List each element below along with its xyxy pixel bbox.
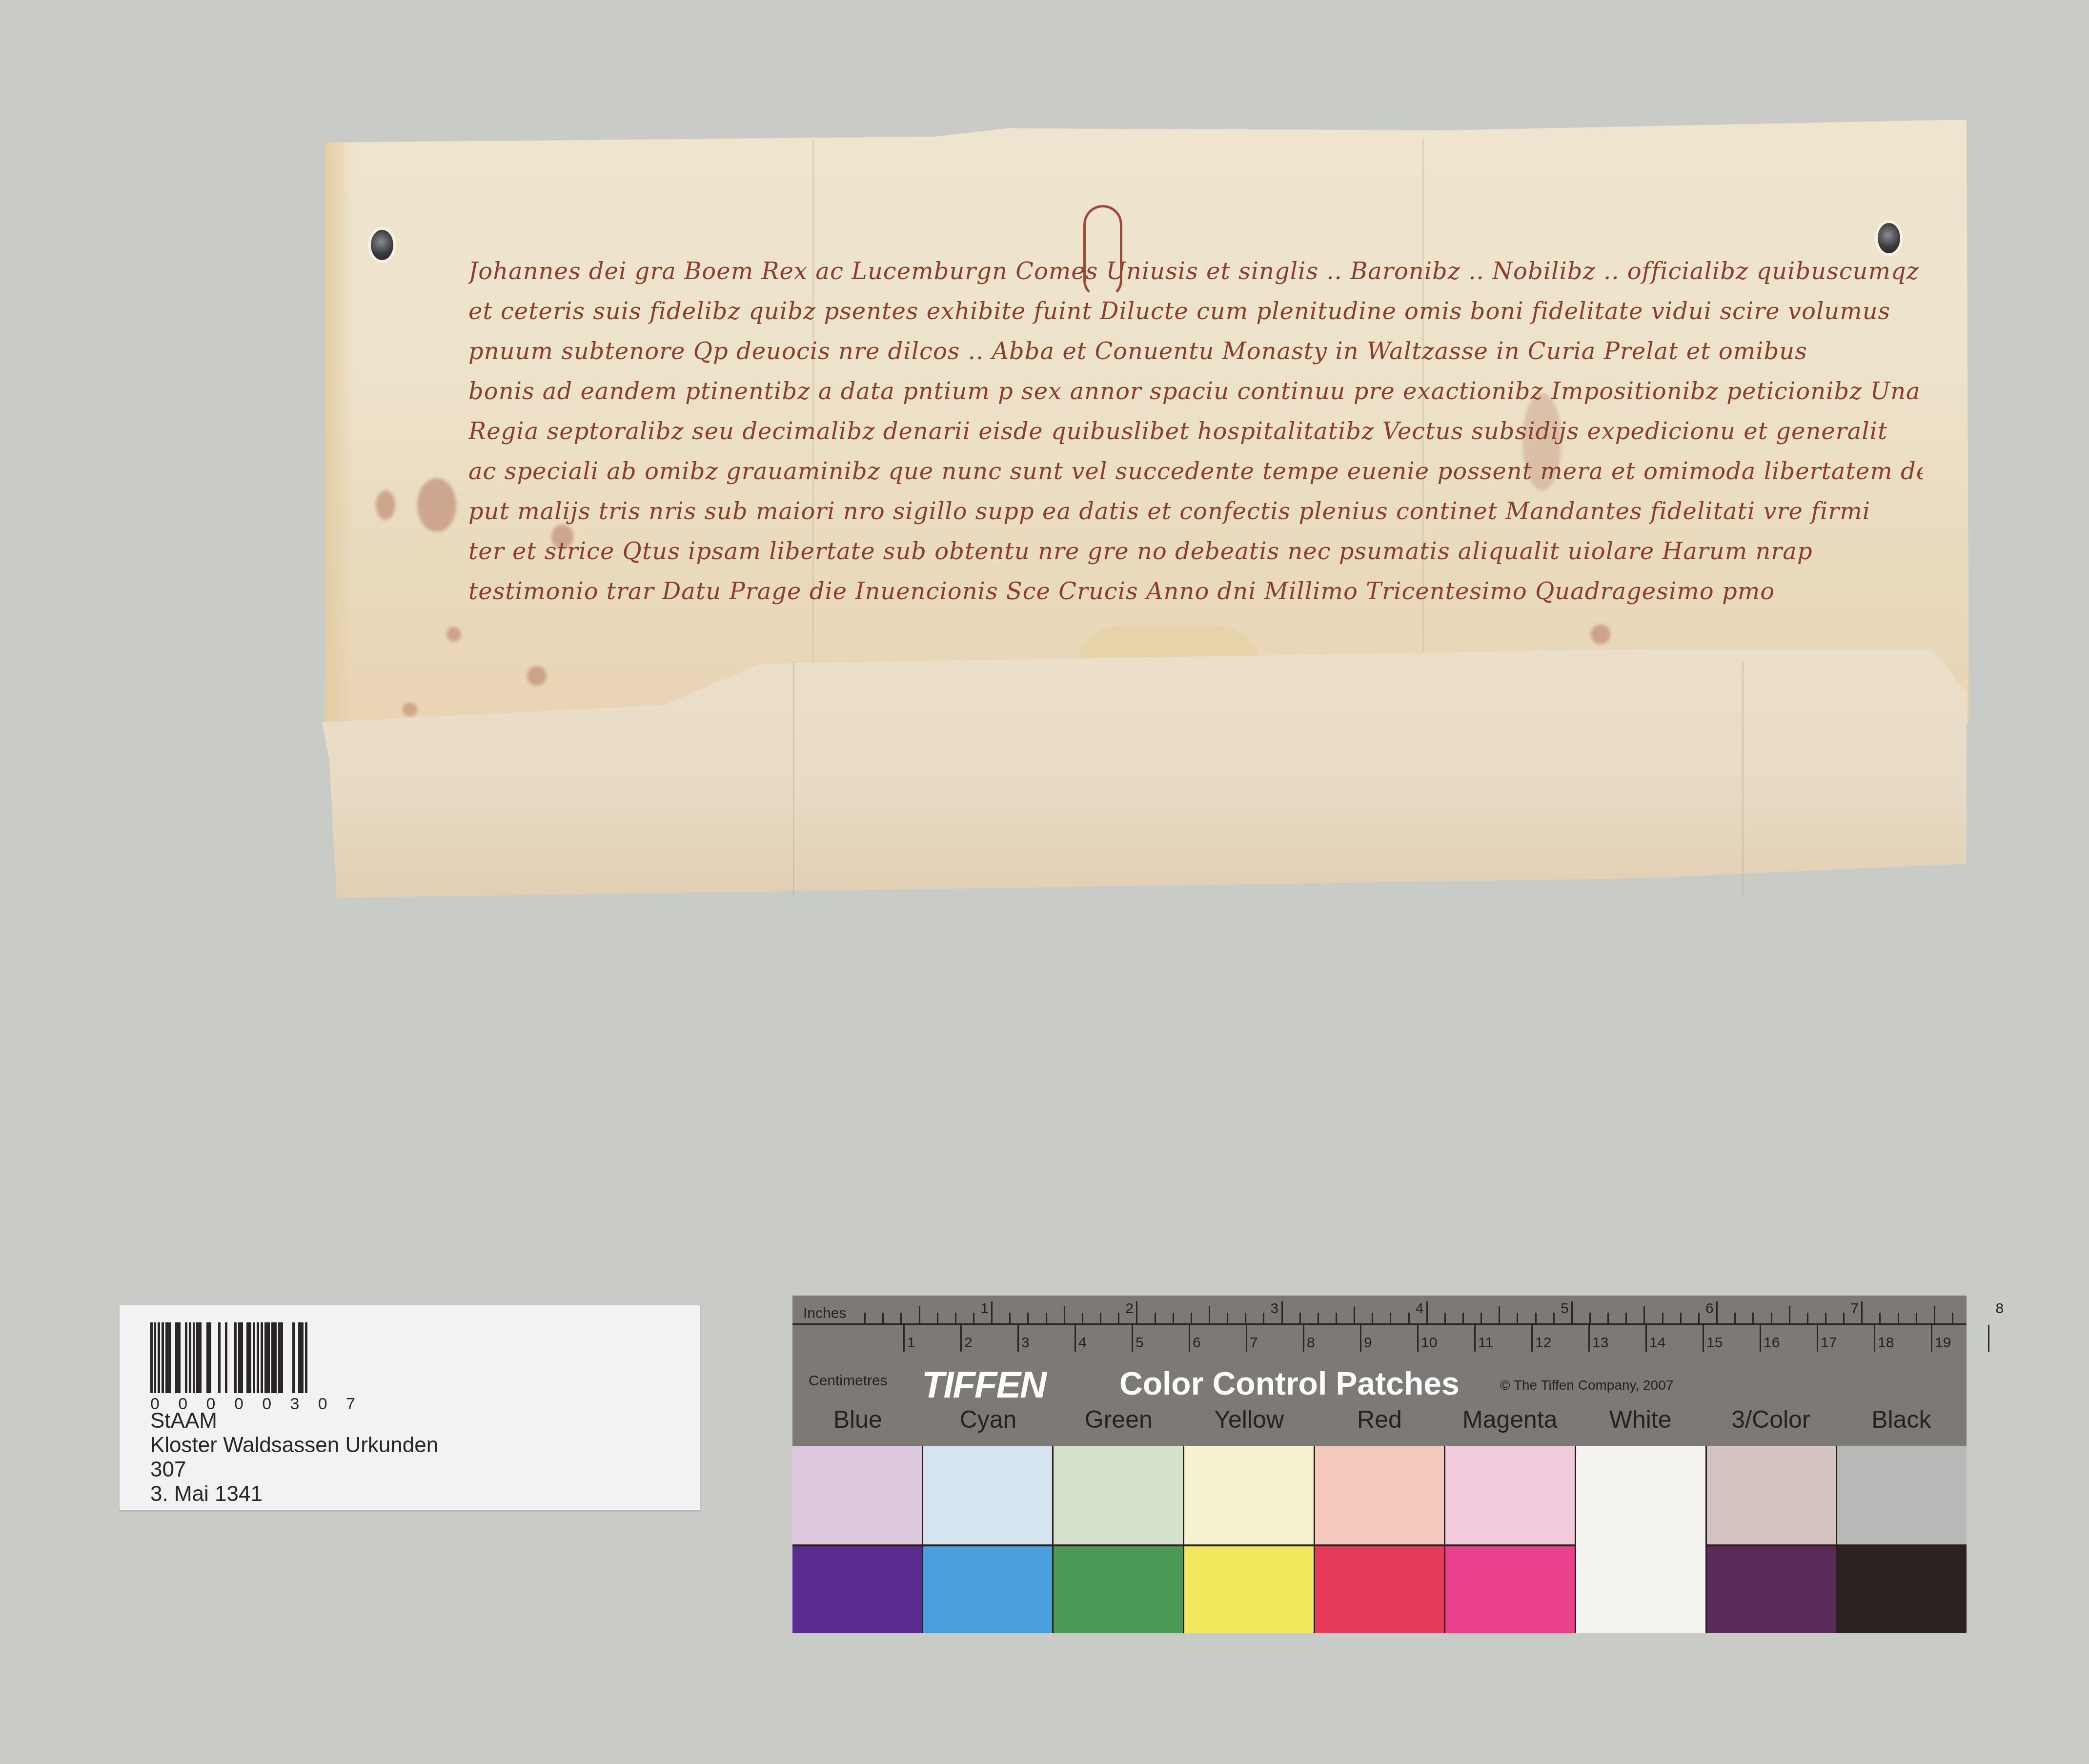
cm-mark: 5 <box>1136 1335 1144 1351</box>
stain <box>417 478 456 532</box>
copyright-text: © The Tiffen Company, 2007 <box>1500 1378 1673 1393</box>
patch-column-3-color <box>1707 1446 1838 1633</box>
cm-tick <box>1531 1325 1533 1352</box>
patch-light <box>1315 1446 1444 1546</box>
cm-mark: 16 <box>1764 1335 1780 1351</box>
patch-label: Magenta <box>1445 1405 1575 1434</box>
cm-mark: 2 <box>964 1335 973 1351</box>
patch-label: Yellow <box>1184 1405 1314 1434</box>
barcode-bar <box>278 1322 284 1393</box>
stain <box>446 627 461 642</box>
patch-column-yellow <box>1184 1446 1315 1633</box>
barcode-bar <box>238 1322 243 1393</box>
barcode-space <box>227 1322 234 1393</box>
cm-mark: 6 <box>1193 1335 1201 1351</box>
tiffen-color-card: Inches 123456781234567891011121314151617… <box>792 1296 1967 1633</box>
patch-column-red <box>1315 1446 1446 1633</box>
inch-mark: 6 <box>1705 1300 1714 1317</box>
patch-light <box>1184 1446 1314 1546</box>
inch-tick <box>1898 1313 1899 1323</box>
inch-tick <box>1607 1313 1609 1323</box>
inch-tick <box>1535 1313 1537 1323</box>
stain <box>376 490 395 520</box>
cm-mark: 11 <box>1478 1335 1493 1351</box>
inch-tick <box>1336 1313 1337 1323</box>
document-date: 3. Mai 1341 <box>150 1482 438 1506</box>
script-line: testimonio trar Datu Prage die Inuencion… <box>468 571 1923 611</box>
inch-tick <box>1408 1313 1410 1323</box>
inch-tick <box>1100 1313 1101 1323</box>
cm-tick <box>1817 1325 1818 1352</box>
patch-labels: BlueCyanGreenYellowRedMagentaWhite3/Colo… <box>792 1405 1967 1434</box>
barcode-bar <box>196 1322 202 1393</box>
inch-tick <box>1462 1313 1464 1323</box>
barcode-space <box>221 1322 225 1393</box>
script-line: bonis ad eandem ptinentibz a data pntium… <box>468 371 1923 411</box>
patch-label: Green <box>1054 1405 1184 1434</box>
cm-mark: 12 <box>1535 1335 1551 1351</box>
barcode-space <box>202 1322 206 1393</box>
patch-light <box>1445 1446 1575 1546</box>
patch-dark <box>1445 1546 1575 1633</box>
cm-mark: 1 <box>907 1335 915 1351</box>
barcode-bar <box>246 1322 252 1393</box>
color-patches <box>792 1446 1967 1633</box>
inch-tick <box>1789 1306 1790 1323</box>
patch-light <box>923 1446 1053 1546</box>
cm-tick <box>1360 1325 1361 1352</box>
patch-label: Black <box>1836 1405 1967 1434</box>
inch-tick <box>1155 1313 1156 1323</box>
inch-tick <box>1227 1313 1228 1323</box>
cm-tick <box>1246 1325 1247 1352</box>
inch-tick <box>1299 1313 1301 1323</box>
inch-tick <box>1191 1313 1192 1323</box>
stain <box>527 666 547 686</box>
inch-tick <box>1209 1306 1210 1323</box>
inch-tick <box>864 1313 866 1323</box>
cm-tick <box>1931 1325 1932 1352</box>
cm-tick <box>1645 1325 1647 1352</box>
script-line: put malijs tris nris sub maiori nro sigi… <box>468 491 1923 531</box>
patch-column-cyan <box>923 1446 1054 1633</box>
inch-mark: 2 <box>1125 1300 1134 1317</box>
inch-tick <box>1752 1313 1754 1323</box>
patch-column-blue <box>792 1446 923 1633</box>
inch-tick <box>1825 1313 1826 1323</box>
inch-tick <box>1245 1313 1246 1323</box>
inch-tick <box>1861 1301 1863 1323</box>
inch-tick <box>1625 1313 1627 1323</box>
cm-tick <box>1075 1325 1076 1352</box>
inch-tick <box>1173 1313 1174 1323</box>
inch-tick <box>991 1301 993 1323</box>
inch-tick <box>1589 1313 1591 1323</box>
inch-tick <box>1643 1306 1645 1323</box>
patch-light <box>1837 1446 1967 1546</box>
inch-tick <box>1571 1301 1573 1323</box>
script-line: Regia septoralibz seu decimalibz denarii… <box>468 411 1923 451</box>
cm-tick <box>960 1325 962 1352</box>
inch-tick <box>1916 1313 1917 1323</box>
inch-tick <box>1318 1313 1319 1323</box>
patch-dark <box>1054 1546 1183 1633</box>
cm-tick <box>1132 1325 1133 1352</box>
barcode-bar <box>305 1322 307 1393</box>
inch-tick <box>1372 1313 1373 1323</box>
stain <box>1591 625 1610 644</box>
inch-tick <box>1064 1306 1065 1323</box>
cm-tick <box>1474 1325 1476 1352</box>
barcode-bar <box>271 1322 277 1393</box>
patch-dark <box>1184 1546 1314 1633</box>
inch-tick <box>1879 1313 1881 1323</box>
card-title: Color Control Patches <box>1119 1365 1460 1402</box>
cm-tick <box>903 1325 905 1352</box>
patch-light <box>1707 1446 1836 1546</box>
patch-label: White <box>1575 1405 1705 1434</box>
inch-tick <box>1698 1313 1700 1323</box>
document-number: 307 <box>150 1458 438 1482</box>
archive-name: StAAM <box>150 1409 438 1433</box>
inch-tick <box>1843 1313 1845 1323</box>
cm-tick <box>1874 1325 1875 1352</box>
cm-tick <box>1189 1325 1190 1352</box>
inch-tick <box>1426 1301 1428 1323</box>
mounting-rivet-right <box>1878 223 1900 253</box>
cm-mark: 3 <box>1021 1335 1030 1351</box>
inch-mark: 1 <box>980 1300 989 1317</box>
cm-mark: 9 <box>1364 1335 1372 1351</box>
cm-tick <box>1760 1325 1761 1352</box>
barcode-bar <box>298 1322 304 1393</box>
inch-mark: 7 <box>1850 1300 1859 1317</box>
inch-tick <box>900 1313 902 1323</box>
patch-label: Red <box>1314 1405 1444 1434</box>
flap-crease <box>1742 661 1744 895</box>
barcode-space <box>171 1322 175 1393</box>
stain <box>403 703 417 716</box>
barcode-bar <box>206 1322 212 1393</box>
cm-tick <box>1417 1325 1419 1352</box>
parchment-charter: Johannes dei gra Boem Rex ac Lucemburgn … <box>322 120 1969 900</box>
inch-tick <box>1952 1313 1953 1323</box>
cm-mark: 17 <box>1821 1335 1837 1351</box>
patch-light <box>792 1446 922 1546</box>
inch-tick <box>1807 1313 1808 1323</box>
patch-light <box>1054 1446 1183 1546</box>
cm-tick <box>1588 1325 1590 1352</box>
inch-tick <box>1354 1306 1355 1323</box>
barcode-bar <box>165 1322 171 1393</box>
inch-tick <box>955 1313 956 1323</box>
patch-dark <box>923 1546 1053 1633</box>
patch-white <box>1576 1446 1705 1633</box>
script-line: pnuum subtenore Qp deuocis nre dilcos ..… <box>468 331 1923 371</box>
inch-tick <box>1009 1313 1011 1323</box>
patch-dark <box>1707 1546 1836 1633</box>
inch-tick <box>1082 1313 1083 1323</box>
barcode-space <box>283 1322 292 1393</box>
inch-mark: 5 <box>1561 1300 1569 1317</box>
patch-column-green <box>1054 1446 1184 1633</box>
script-line: Johannes dei gra Boem Rex ac Lucemburgn … <box>468 251 1923 291</box>
cm-mark: 14 <box>1649 1335 1665 1351</box>
inch-tick <box>1716 1301 1718 1323</box>
inch-tick <box>1281 1301 1283 1323</box>
inch-tick <box>1263 1313 1264 1323</box>
cm-mark: 10 <box>1421 1335 1437 1351</box>
patch-dark <box>792 1546 922 1633</box>
ruler-baseline <box>792 1323 1967 1325</box>
inch-tick <box>1680 1313 1682 1323</box>
inch-tick <box>882 1313 884 1323</box>
flap-crease <box>793 661 794 895</box>
label-text: StAAM Kloster Waldsassen Urkunden 307 3.… <box>150 1409 438 1506</box>
patch-label: Blue <box>792 1405 923 1434</box>
inch-tick <box>937 1313 938 1323</box>
inch-tick <box>1553 1313 1555 1323</box>
patch-column-white <box>1576 1446 1707 1633</box>
cm-mark: 15 <box>1706 1335 1723 1351</box>
tiffen-logo: TIFFEN <box>922 1364 1046 1406</box>
inch-tick <box>1390 1313 1391 1323</box>
inch-tick <box>973 1313 974 1323</box>
patch-column-magenta <box>1445 1446 1576 1633</box>
inch-tick <box>1118 1313 1119 1323</box>
patch-dark <box>1315 1546 1444 1633</box>
inch-tick <box>1444 1313 1446 1323</box>
archive-label: 00000307 StAAM Kloster Waldsassen Urkund… <box>120 1305 700 1510</box>
inch-tick <box>1046 1313 1047 1323</box>
patch-column-black <box>1837 1446 1967 1633</box>
cm-mark: 7 <box>1250 1335 1258 1351</box>
inch-tick <box>1499 1306 1500 1323</box>
cm-mark: 18 <box>1878 1335 1894 1351</box>
charter-text: Johannes dei gra Boem Rex ac Lucemburgn … <box>468 251 1923 611</box>
cm-tick <box>1303 1325 1304 1352</box>
centimetres-label: Centimetres <box>809 1373 888 1389</box>
inch-tick <box>1934 1306 1935 1323</box>
inch-mark: 4 <box>1416 1300 1424 1317</box>
barcode <box>150 1322 307 1393</box>
patch-dark <box>1837 1546 1967 1633</box>
collection-name: Kloster Waldsassen Urkunden <box>150 1433 438 1458</box>
cm-mark: 19 <box>1935 1335 1951 1351</box>
inch-mark: 8 <box>1995 1300 2004 1317</box>
inch-mark: 3 <box>1271 1300 1279 1317</box>
cm-tick <box>1988 1325 1989 1352</box>
barcode-bar <box>175 1322 181 1393</box>
inch-tick <box>1481 1313 1482 1323</box>
inch-tick <box>1517 1313 1518 1323</box>
barcode-space <box>295 1322 299 1393</box>
inches-label: Inches <box>803 1305 846 1322</box>
barcode-space <box>181 1322 185 1393</box>
inch-tick <box>919 1306 920 1323</box>
inch-tick <box>1771 1313 1772 1323</box>
barcode-bar <box>264 1322 270 1393</box>
cm-tick <box>1017 1325 1019 1352</box>
inch-tick <box>1136 1301 1137 1323</box>
script-line: ter et strice Qtus ipsam libertate sub o… <box>468 531 1923 571</box>
inch-tick <box>1662 1313 1663 1323</box>
barcode-space <box>211 1322 218 1393</box>
cm-tick <box>1703 1325 1704 1352</box>
cm-mark: 4 <box>1078 1335 1087 1351</box>
cm-mark: 8 <box>1307 1335 1315 1351</box>
inch-tick <box>1027 1313 1029 1323</box>
mounting-rivet-left <box>371 230 393 260</box>
patch-label: 3/Color <box>1705 1405 1836 1434</box>
script-line: ac speciali ab omibz grauaminibz que nun… <box>468 451 1923 491</box>
inch-tick <box>1734 1313 1736 1323</box>
cm-mark: 13 <box>1592 1335 1608 1351</box>
script-line: et ceteris suis fidelibz quibz psentes e… <box>468 291 1923 331</box>
patch-label: Cyan <box>923 1405 1053 1434</box>
